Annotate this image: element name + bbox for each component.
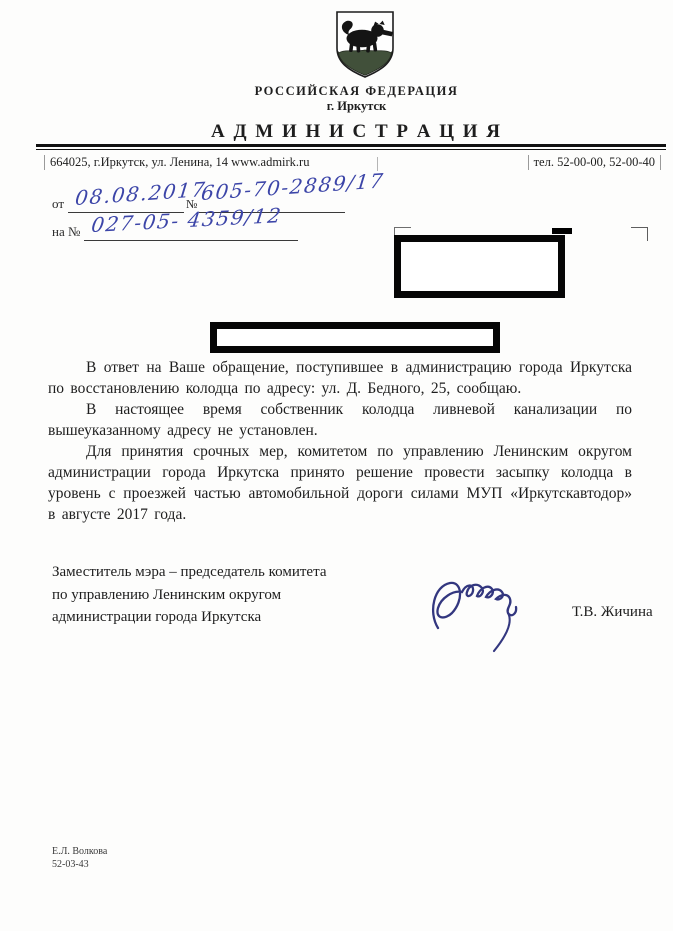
address-zone-corner-right bbox=[631, 227, 648, 241]
signer-title-block: Заместитель мэра – председатель комитета… bbox=[52, 561, 326, 629]
handwritten-incoming-number: 027-05- 4359/12 bbox=[90, 203, 284, 237]
body-paragraph-2: В настоящее время собственник колодца ли… bbox=[48, 399, 632, 441]
redaction-box-addressee bbox=[394, 235, 565, 298]
letterhead-phone: тел. 52-00-00, 52-00-40 bbox=[528, 155, 661, 170]
body-paragraph-1: В ответ на Ваше обращение, поступившее в… bbox=[48, 357, 632, 399]
ref-reply-underline bbox=[84, 240, 298, 241]
letterhead-contact-row: 664025, г.Иркутск, ул. Ленина, 14 www.ad… bbox=[44, 155, 661, 170]
letterhead-country: РОССИЙСКАЯ ФЕДЕРАЦИЯ bbox=[40, 84, 673, 99]
redaction-box-subject bbox=[210, 322, 500, 353]
letterhead-city: г. Иркутск bbox=[40, 99, 673, 114]
executor-phone: 52-03-43 bbox=[52, 858, 107, 871]
signer-name: Т.В. Жичина bbox=[572, 604, 653, 621]
ref-reply-label: на № bbox=[52, 224, 80, 240]
letterhead-org-title: А Д М И Н И С Т Р А Ц И Я bbox=[40, 121, 673, 143]
signer-title-line1: Заместитель мэра – председатель комитета bbox=[52, 561, 326, 584]
signer-title-line3: администрации города Иркутска bbox=[52, 606, 326, 629]
executor-block: Е.Л. Волкова 52-03-43 bbox=[52, 845, 107, 871]
ref-from-label: от bbox=[52, 196, 64, 212]
body-paragraph-3: Для принятия срочных мер, комитетом по у… bbox=[48, 441, 632, 525]
letterhead-address: 664025, г.Иркутск, ул. Ленина, 14 www.ad… bbox=[44, 155, 309, 170]
executor-name: Е.Л. Волкова bbox=[52, 845, 107, 858]
scanned-letter-page: РОССИЙСКАЯ ФЕДЕРАЦИЯ г. Иркутск А Д М И … bbox=[0, 0, 673, 931]
irkutsk-coat-of-arms-icon bbox=[330, 8, 400, 82]
signer-title-line2: по управлению Ленинским округом bbox=[52, 584, 326, 607]
redaction-small-mark bbox=[552, 228, 572, 234]
letter-body: В ответ на Ваше обращение, поступившее в… bbox=[48, 357, 632, 525]
letterhead-divider bbox=[36, 144, 666, 150]
handwritten-signature-icon bbox=[424, 570, 544, 658]
handwritten-outgoing-number: 605-70-2889/17 bbox=[200, 168, 386, 205]
